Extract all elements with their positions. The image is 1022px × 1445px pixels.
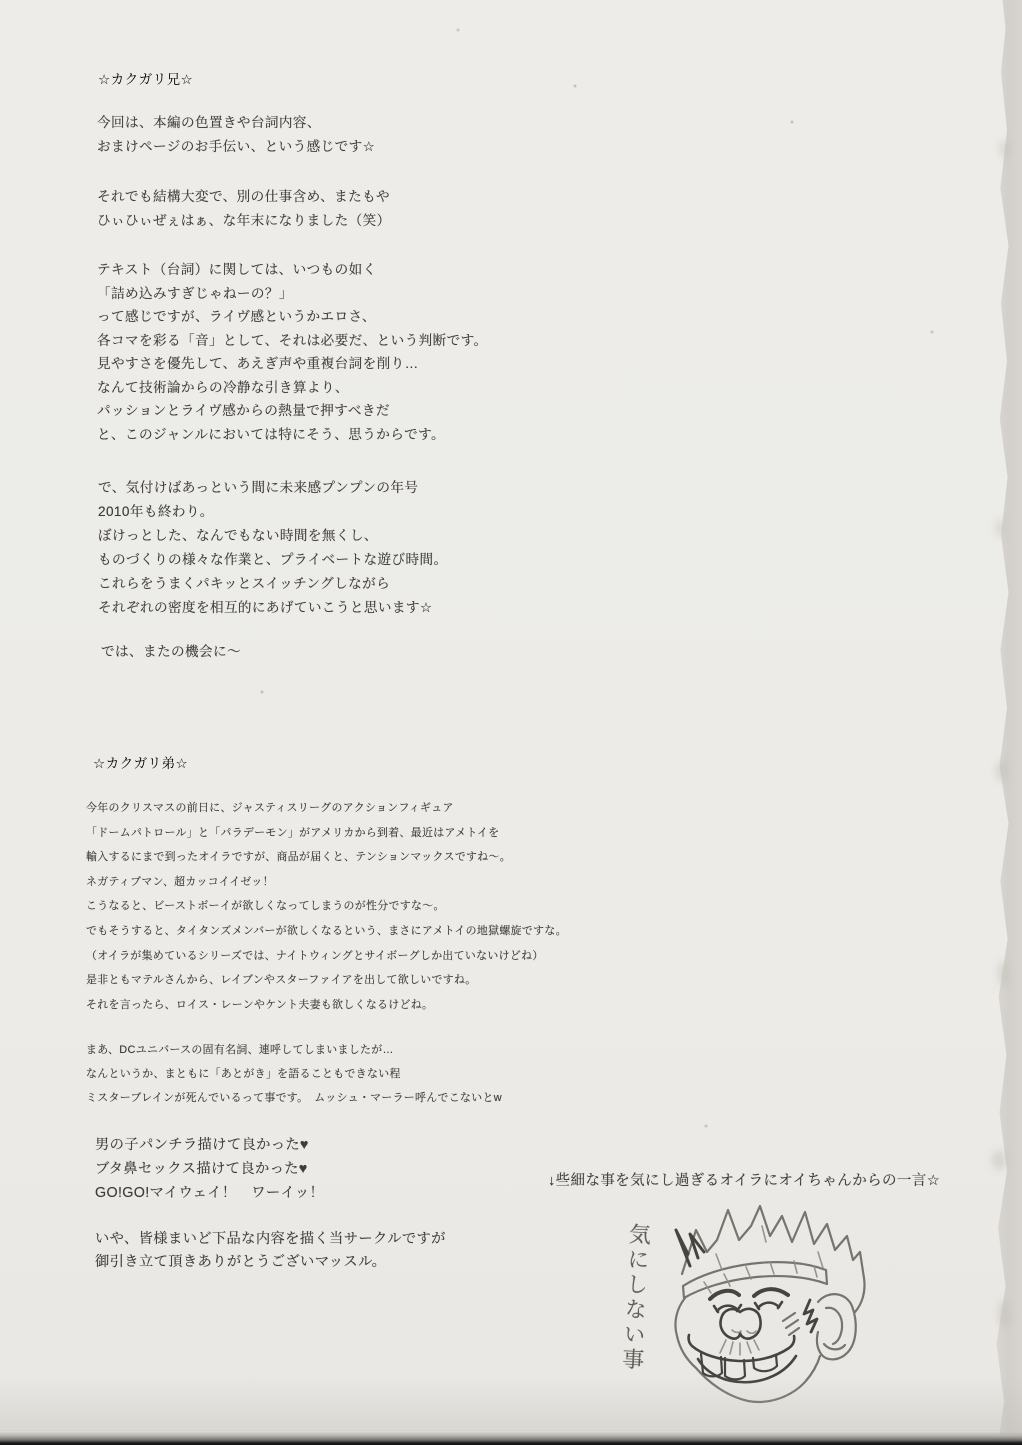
- section-title-brother: ☆カクガリ兄☆: [98, 67, 193, 92]
- scan-smudge: [992, 1150, 1006, 1170]
- scan-bottom-shade: [0, 1376, 1022, 1431]
- text-line: いや、皆様まいど下品な内容を描く当サークルですが: [95, 1228, 446, 1251]
- text-line: 見やすさを優先して、あえぎ声や重複台詞を削り…: [97, 352, 487, 376]
- scan-smudge: [998, 1300, 1010, 1328]
- text-line: パッションとライヴ感からの熱量で押すべきだ: [97, 399, 487, 423]
- text-line: ネガティブマン、超カッコイイゼッ！: [86, 870, 567, 895]
- paragraph: まあ、DCユニバースの固有名詞、連呼してしまいましたが… なんというか、まともに…: [86, 1038, 502, 1110]
- text-line: 「詰め込みすぎじゃねーの？」: [97, 282, 487, 306]
- sketch-nostril-right: [747, 1331, 756, 1333]
- text-line: って感じですが、ライヴ感というかエロさ、: [97, 305, 487, 329]
- text-line: 今年のクリスマスの前日に、ジャスティスリーグのアクションフィギュア: [86, 796, 567, 821]
- text-line: これらをうまくパキッとスイッチングしながら: [98, 572, 447, 596]
- text-line: ミスターブレインが死んでいるって事です。 ムッシュ・マーラー呼んでこないとw: [86, 1086, 502, 1110]
- text-line: と、このジャンルにおいては特にそう、思うからです。: [97, 423, 487, 447]
- sketch-muzzle-shading: [720, 1340, 759, 1355]
- scanned-afterword-page: ☆カクガリ兄☆ 今回は、本編の色置きや台詞内容、 おまけページのお手伝い、という…: [0, 0, 1022, 1445]
- closing-line: では、またの機会に～: [101, 640, 241, 664]
- text-line: テキスト（台詞）に関しては、いつもの如く: [97, 258, 487, 282]
- paragraph: 今回は、本編の色置きや台詞内容、 おまけページのお手伝い、という感じです☆: [97, 111, 375, 159]
- text-line: 男の子パンチラ描けて良かった♥: [95, 1133, 324, 1157]
- text-line: 是非ともマテルさんから、レイブンやスターファイアを出して欲しいですね。: [86, 968, 567, 993]
- text-line: 今回は、本編の色置きや台詞内容、: [97, 111, 375, 135]
- text-line: では、またの機会に～: [101, 640, 241, 664]
- scan-bottom-shadow: [0, 1430, 1022, 1445]
- section-title-younger-brother: ☆カクガリ弟☆: [93, 751, 188, 776]
- text-line: 2010年も終わり。: [98, 500, 447, 524]
- text-line: それでも結構大変で、別の仕事含め、またもや: [97, 185, 391, 209]
- sketch-hair: [682, 1206, 865, 1312]
- text-line: でもそうすると、タイタンズメンバーが欲しくなるという、まさにアメトイの地獄螺旋で…: [86, 919, 567, 944]
- sketch-right-eyebrow: [754, 1289, 788, 1296]
- scan-smudge: [998, 960, 1009, 986]
- paragraph: いや、皆様まいど下品な内容を描く当サークルですが 御引き立て頂きありがとうござい…: [95, 1228, 446, 1274]
- sketch-sideburn: [804, 1300, 817, 1332]
- text-line: なんて技術論からの冷静な引き算より、: [97, 376, 487, 400]
- text-line: （オイラが集めているシリーズでは、ナイトウィングとサイボーグしか出ていないけどね…: [86, 944, 567, 969]
- sketch-ear-inner: [824, 1308, 845, 1350]
- paragraph: テキスト（台詞）に関しては、いつもの如く 「詰め込みすぎじゃねーの？」 って感じ…: [97, 258, 487, 446]
- paragraph: それでも結構大変で、別の仕事含め、またもや ひぃひぃぜぇはぁ、な年末になりました…: [97, 185, 391, 233]
- text-line: それを言ったら、ロイス・レーンやケント夫妻も欲しくなるけどね。: [86, 993, 567, 1018]
- text-line: 「ドームパトロール」と「パラデーモン」がアメリカから到着、最近はアメトイを: [86, 821, 567, 846]
- text-line: なんというか、まともに「あとがき」を語ることもできない程: [86, 1062, 502, 1086]
- scan-smudge: [996, 760, 1008, 782]
- sketch-blush-hatches: [783, 1313, 799, 1335]
- text-line: まあ、DCユニバースの固有名詞、連呼してしまいましたが…: [86, 1038, 502, 1062]
- scan-smudge: [1000, 140, 1010, 158]
- scan-smudge: [996, 520, 1005, 536]
- text-line: 各コマを彩る「音」として、それは必要だ、という判断です。: [97, 329, 487, 353]
- text-line: 御引き立て頂きありがとうございマッスル。: [95, 1251, 446, 1274]
- paragraph: 男の子パンチラ描けて良かった♥ ブタ鼻セックス描けて良かった♥ GO!GO!マイ…: [95, 1133, 324, 1205]
- sketch-caption: ↓些細な事を気にし過ぎるオイラにオイちゃんからの一言☆: [548, 1172, 940, 1190]
- text-line: ブタ鼻セックス描けて良かった♥: [95, 1157, 324, 1181]
- paragraph: 今年のクリスマスの前日に、ジャスティスリーグのアクションフィギュア 「ドームパト…: [86, 796, 567, 1017]
- sketch-grin-upper-lip: [689, 1335, 795, 1361]
- sketch-right-eye-closed: [755, 1302, 782, 1309]
- text-line: 輸入するにまで到ったオイラですが、商品が届くと、テンションマックスですね～。: [86, 845, 567, 870]
- text-line: それぞれの密度を相互的にあげていこうと思います☆: [98, 596, 447, 620]
- text-line: で、気付けばあっという間に未来感プンプンの年号: [98, 476, 447, 500]
- text-line: GO!GO!マイウェイ！ ワーイッ！: [95, 1181, 324, 1205]
- text-line: ぼけっとした、なんでもない時間を無くし、: [98, 524, 447, 548]
- sketch-left-eyebrow: [710, 1291, 739, 1299]
- text-line: こうなると、ビーストボーイが欲しくなってしまうのが性分ですな～。: [86, 894, 567, 919]
- text-line: おまけページのお手伝い、という感じです☆: [97, 135, 375, 159]
- text-line: ひぃひぃぜぇはぁ、な年末になりました（笑）: [97, 209, 391, 233]
- paragraph: で、気付けばあっという間に未来感プンプンの年号 2010年も終わり。 ぼけっとし…: [98, 476, 447, 620]
- sketch-pig-nose: [720, 1309, 760, 1339]
- sketch-nostril-left: [732, 1330, 741, 1332]
- text-line: ものづくりの様々な作業と、プライベートな遊び時間。: [98, 548, 447, 572]
- torn-paper-edge: [992, 0, 1022, 1445]
